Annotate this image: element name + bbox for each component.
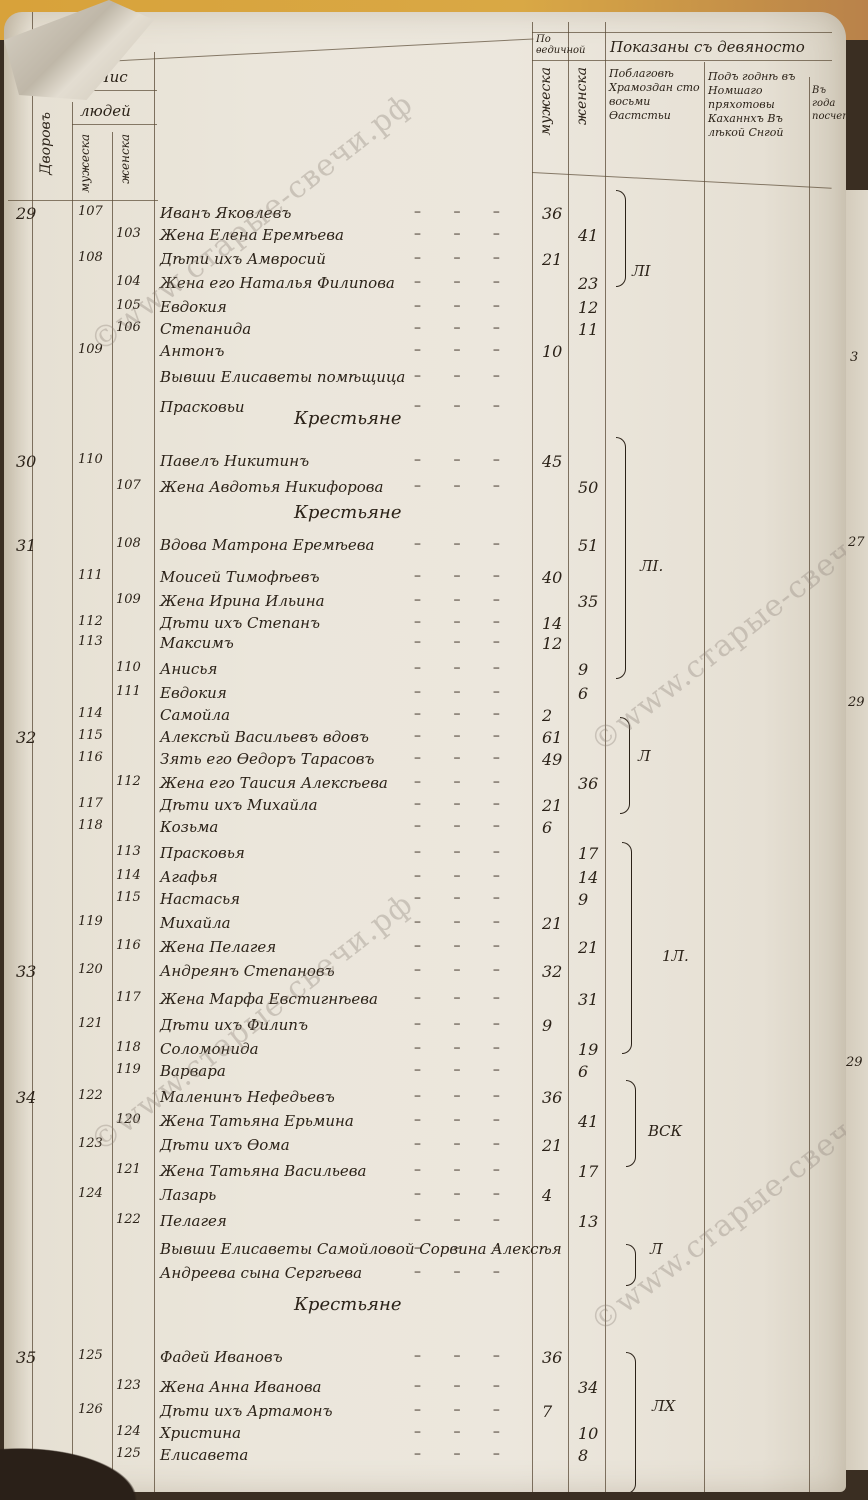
- section-heading-peasants: Крестьяне: [294, 502, 401, 523]
- margin-number: 3: [850, 350, 858, 365]
- age-female: 51: [578, 536, 598, 555]
- brace-note: ЛI: [632, 262, 650, 280]
- person-name: Моисей Тимофѣевъ: [160, 568, 319, 586]
- rule-line: [532, 60, 832, 61]
- age-male: 36: [542, 1348, 562, 1367]
- person-name: Жена Авдотья Никифорова: [160, 478, 383, 496]
- filler-dashes: – – –: [414, 568, 514, 584]
- filler-dashes: – – –: [414, 1402, 514, 1418]
- male-index: 108: [78, 250, 103, 265]
- age-female: 36: [578, 774, 598, 793]
- male-index: 115: [78, 728, 103, 743]
- brace: [616, 437, 626, 679]
- age-male: 12: [542, 634, 562, 653]
- section-heading-peasants: Крестьяне: [294, 1294, 401, 1315]
- filler-dashes: – – –: [414, 750, 514, 766]
- filler-dashes: – – –: [414, 1378, 514, 1394]
- rule-line: [32, 12, 33, 1492]
- age-male: 21: [542, 250, 562, 269]
- brace: [616, 190, 626, 287]
- male-index: 119: [78, 914, 103, 929]
- age-female: 50: [578, 478, 598, 497]
- person-name: Фадей Ивановъ: [160, 1348, 283, 1366]
- person-name: Дѣти ихъ Михайла: [160, 796, 318, 814]
- female-index: 104: [116, 274, 141, 289]
- filler-dashes: – – –: [414, 1186, 514, 1202]
- rule-line: [809, 77, 810, 1492]
- person-name: Жена Анна Иванова: [160, 1378, 322, 1396]
- filler-dashes: – – –: [414, 844, 514, 860]
- age-female: 14: [578, 868, 598, 887]
- filler-dashes: – – –: [414, 1240, 514, 1256]
- filler-dashes: – – –: [414, 1062, 514, 1078]
- age-male: 21: [542, 914, 562, 933]
- filler-dashes: – – –: [414, 226, 514, 242]
- person-name: Козьма: [160, 818, 218, 836]
- female-index: 113: [116, 844, 141, 859]
- age-female: 31: [578, 990, 598, 1009]
- filler-dashes: – – –: [414, 298, 514, 314]
- filler-dashes: – – –: [414, 660, 514, 676]
- filler-dashes: – – –: [414, 320, 514, 336]
- person-name: Прасковьи: [160, 398, 245, 416]
- household-number: 31: [16, 536, 36, 555]
- filler-dashes: – – –: [414, 1016, 514, 1032]
- person-name: Максимъ: [160, 634, 234, 652]
- rule-line: [72, 124, 157, 125]
- header-count-people: людей: [80, 102, 131, 120]
- header-shown-3: Въ года посчета: [812, 84, 842, 123]
- age-female: 8: [578, 1446, 588, 1465]
- age-female: 41: [578, 1112, 598, 1131]
- male-index: 117: [78, 796, 103, 811]
- brace: [626, 1352, 636, 1492]
- header-shown-1: Поблаговѣ Храмоздан сто восьми Ѳастстьи: [609, 67, 701, 123]
- female-index: 118: [116, 1040, 141, 1055]
- person-name: Лазарь: [160, 1186, 216, 1204]
- filler-dashes: – – –: [414, 990, 514, 1006]
- person-name: Вдова Матрона Еремѣева: [160, 536, 374, 554]
- person-name: Аниcья: [160, 660, 217, 678]
- female-index: 116: [116, 938, 141, 953]
- age-male: 32: [542, 962, 562, 981]
- filler-dashes: – – –: [414, 1112, 514, 1128]
- filler-dashes: – – –: [414, 1212, 514, 1228]
- filler-dashes: – – –: [414, 914, 514, 930]
- rule-line: [532, 32, 832, 33]
- age-male: 49: [542, 750, 562, 769]
- page-curl-shadow: [0, 1420, 200, 1500]
- filler-dashes: – – –: [414, 1446, 514, 1462]
- person-name: Антонъ: [160, 342, 224, 360]
- age-male: 45: [542, 452, 562, 471]
- filler-dashes: – – –: [414, 1136, 514, 1152]
- female-index: 121: [116, 1162, 141, 1177]
- age-male: 21: [542, 1136, 562, 1155]
- brace-note: ЛХ: [652, 1397, 675, 1415]
- filler-dashes: – – –: [414, 1348, 514, 1364]
- age-female: 11: [578, 320, 598, 339]
- age-female: 41: [578, 226, 598, 245]
- person-name: Жена Пелагея: [160, 938, 276, 956]
- person-name: Дѣти ихъ Артамонъ: [160, 1402, 332, 1420]
- age-female: 17: [578, 1162, 598, 1181]
- household-number: 32: [16, 728, 36, 747]
- margin-number: 27: [848, 535, 865, 550]
- male-index: 111: [78, 568, 103, 583]
- female-index: 114: [116, 868, 141, 883]
- male-index: 112: [78, 614, 103, 629]
- header-shown-group: Показаны съ девяносто: [610, 38, 805, 56]
- person-name: Самойла: [160, 706, 230, 724]
- rule-line: [532, 22, 533, 1492]
- household-number: 34: [16, 1088, 36, 1107]
- household-number: 30: [16, 452, 36, 471]
- filler-dashes: – – –: [414, 592, 514, 608]
- header-shown-2: Подъ годнѣ въ Номшаго пряхотовы Каханнхъ…: [708, 70, 806, 140]
- person-name: Жена Татьяна Васильева: [160, 1162, 366, 1180]
- person-name: Зять его Ѳедоръ Тарасовъ: [160, 750, 374, 768]
- rule-line: [72, 102, 73, 1492]
- age-male: 2: [542, 706, 552, 725]
- female-index: 115: [116, 890, 141, 905]
- header-dvor: Дворовъ: [38, 112, 54, 175]
- filler-dashes: – – –: [414, 938, 514, 954]
- section-heading-peasants: Крестьяне: [294, 408, 401, 429]
- male-index: 121: [78, 1016, 103, 1031]
- male-index: 107: [78, 204, 103, 219]
- header-age: По ѳедичной: [536, 34, 600, 56]
- filler-dashes: – – –: [414, 634, 514, 650]
- female-index: 109: [116, 592, 141, 607]
- header-age-female: женска: [574, 67, 590, 125]
- age-female: 6: [578, 1062, 588, 1081]
- age-male: 40: [542, 568, 562, 587]
- male-index: 120: [78, 962, 103, 977]
- filler-dashes: – – –: [414, 1424, 514, 1440]
- person-name: Евдокия: [160, 684, 227, 702]
- brace-note: 1Л.: [662, 947, 689, 965]
- age-male: 14: [542, 614, 562, 633]
- age-female: 19: [578, 1040, 598, 1059]
- age-male: 61: [542, 728, 562, 747]
- rule-line: [532, 172, 832, 189]
- filler-dashes: – – –: [414, 1088, 514, 1104]
- male-index: 118: [78, 818, 103, 833]
- watermark: ©www.старые-свечи.рф: [84, 86, 420, 359]
- age-male: 36: [542, 1088, 562, 1107]
- age-female: 9: [578, 890, 588, 909]
- rule-line: [154, 52, 155, 1492]
- brace-note: ВСК: [648, 1122, 682, 1140]
- filler-dashes: – – –: [414, 1264, 514, 1280]
- age-female: 13: [578, 1212, 598, 1231]
- age-female: 23: [578, 274, 598, 293]
- filler-dashes: – – –: [414, 452, 514, 468]
- person-name: Агафья: [160, 868, 218, 886]
- female-index: 122: [116, 1212, 141, 1227]
- filler-dashes: – – –: [414, 342, 514, 358]
- filler-dashes: – – –: [414, 1162, 514, 1178]
- header-age-male: мужеска: [538, 67, 554, 135]
- brace: [622, 842, 632, 1054]
- male-index: 125: [78, 1348, 103, 1363]
- male-index: 110: [78, 452, 103, 467]
- age-female: 10: [578, 1424, 598, 1443]
- person-name: Настасья: [160, 890, 240, 908]
- age-male: 4: [542, 1186, 552, 1205]
- filler-dashes: – – –: [414, 728, 514, 744]
- person-name: Пелагея: [160, 1212, 227, 1230]
- age-female: 34: [578, 1378, 598, 1397]
- filler-dashes: – – –: [414, 398, 514, 414]
- adjacent-page-edge: 3 27 29 29: [846, 190, 868, 1470]
- female-index: 111: [116, 684, 141, 699]
- filler-dashes: – – –: [414, 274, 514, 290]
- age-female: 9: [578, 660, 588, 679]
- person-name: Алексѣй Васильевъ вдовъ: [160, 728, 369, 746]
- rule-line: [704, 62, 705, 1492]
- female-index: 107: [116, 478, 141, 493]
- margin-number: 29: [848, 695, 865, 710]
- household-number: 33: [16, 962, 36, 981]
- person-name: Прасковья: [160, 844, 245, 862]
- filler-dashes: – – –: [414, 890, 514, 906]
- age-male: 9: [542, 1016, 552, 1035]
- age-female: 6: [578, 684, 588, 703]
- age-female: 21: [578, 938, 598, 957]
- filler-dashes: – – –: [414, 368, 514, 384]
- female-index: 119: [116, 1062, 141, 1077]
- age-female: 12: [578, 298, 598, 317]
- male-index: 116: [78, 750, 103, 765]
- household-number: 35: [16, 1348, 36, 1367]
- age-female: 17: [578, 844, 598, 863]
- male-index: 113: [78, 634, 103, 649]
- female-index: 103: [116, 226, 141, 241]
- filler-dashes: – – –: [414, 536, 514, 552]
- person-name: Жена Татьяна Ерьмина: [160, 1112, 354, 1130]
- filler-dashes: – – –: [414, 706, 514, 722]
- male-index: 124: [78, 1186, 103, 1201]
- margin-number: 29: [846, 1055, 863, 1070]
- age-male: 36: [542, 204, 562, 223]
- rule-line: [8, 200, 158, 201]
- filler-dashes: – – –: [414, 796, 514, 812]
- male-index: 114: [78, 706, 103, 721]
- age-male: 6: [542, 818, 552, 837]
- person-name: Жена его Таисия Алексѣева: [160, 774, 388, 792]
- brace-note: ЛI.: [640, 557, 663, 575]
- filler-dashes: – – –: [414, 1040, 514, 1056]
- filler-dashes: – – –: [414, 478, 514, 494]
- person-name: Михайла: [160, 914, 231, 932]
- filler-dashes: – – –: [414, 774, 514, 790]
- filler-dashes: – – –: [414, 868, 514, 884]
- male-index: 122: [78, 1088, 103, 1103]
- household-number: 29: [16, 204, 36, 223]
- person-name: Дѣти ихъ Степанъ: [160, 614, 320, 632]
- ledger-page: Чис людей Дворовъ мужеска женска По ѳеди…: [4, 12, 846, 1492]
- person-name: Павелъ Никитинъ: [160, 452, 309, 470]
- filler-dashes: – – –: [414, 614, 514, 630]
- age-male: 7: [542, 1402, 552, 1421]
- age-male: 10: [542, 342, 562, 361]
- person-name: Степанида: [160, 320, 251, 338]
- brace: [626, 1080, 636, 1167]
- rule-line: [568, 22, 569, 1492]
- age-male: 21: [542, 796, 562, 815]
- filler-dashes: – – –: [414, 204, 514, 220]
- age-female: 35: [578, 592, 598, 611]
- female-index: 117: [116, 990, 141, 1005]
- filler-dashes: – – –: [414, 818, 514, 834]
- filler-dashes: – – –: [414, 962, 514, 978]
- person-name: Андреева сына Сергѣева: [160, 1264, 362, 1282]
- person-name: Жена Ирина Ильина: [160, 592, 325, 610]
- male-index: 126: [78, 1402, 103, 1417]
- watermark: ©www.старые-свечи.рф: [584, 1066, 846, 1339]
- female-index: 112: [116, 774, 141, 789]
- filler-dashes: – – –: [414, 250, 514, 266]
- rule-line: [84, 38, 533, 63]
- header-female: женска: [118, 134, 132, 184]
- person-name: Вывши Елисаветы помѣщица: [160, 368, 405, 386]
- female-index: 108: [116, 536, 141, 551]
- filler-dashes: – – –: [414, 684, 514, 700]
- header-male: мужеска: [78, 134, 92, 193]
- female-index: 110: [116, 660, 141, 675]
- female-index: 123: [116, 1378, 141, 1393]
- brace-note: Л: [638, 747, 651, 765]
- person-name: Дѣти ихъ Ѳома: [160, 1136, 290, 1154]
